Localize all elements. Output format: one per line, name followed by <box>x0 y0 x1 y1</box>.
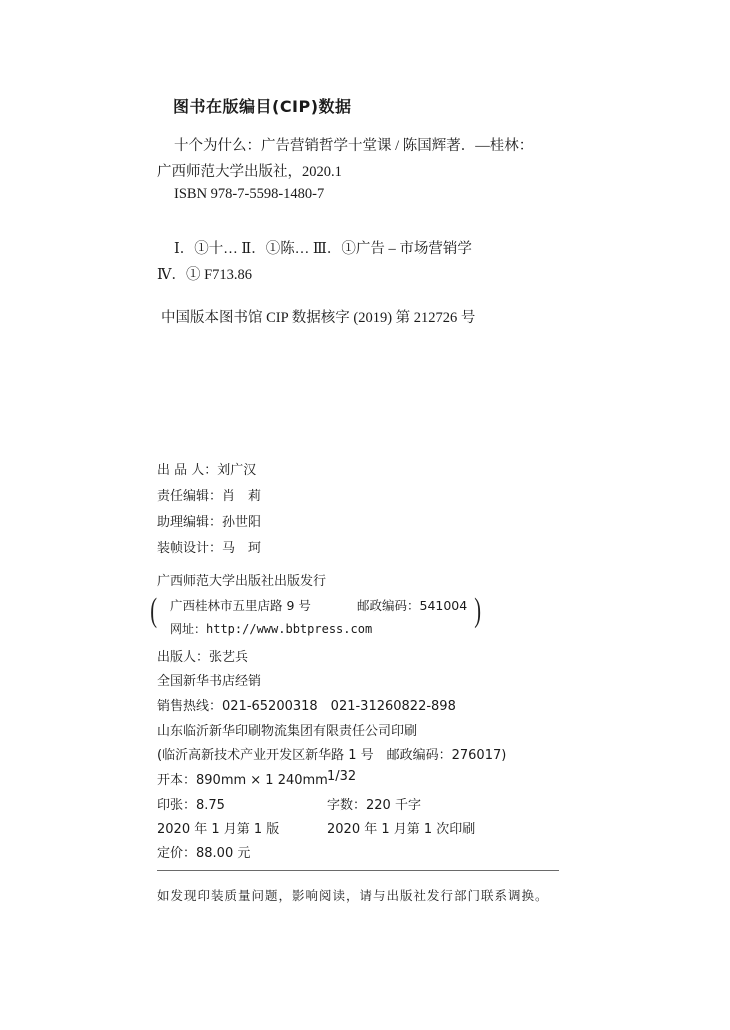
printer-address: (临沂高新技术产业开发区新华路 1 号 邮政编码：276017) <box>157 744 506 763</box>
divider <box>157 870 559 871</box>
isbn: ISBN 978-7-5598-1480-7 <box>174 186 324 203</box>
format-value: 1/32 <box>327 769 356 784</box>
credit-value: 肖 莉 <box>222 489 261 504</box>
edition: 2020 年 1 月第 1 版 <box>157 818 279 837</box>
credit-value: 马 珂 <box>222 541 261 556</box>
left-parenthesis: ( <box>150 594 157 628</box>
credit-label: 出 品 人： <box>157 463 217 478</box>
distribution: 全国新华书店经销 <box>157 670 261 689</box>
credit-assistant-editor: 助理编辑：孙世阳 <box>157 511 261 530</box>
publisher-address: 广西桂林市五里店路 9 号 <box>170 596 311 614</box>
price: 定价：88.00 元 <box>157 842 250 861</box>
publisher-website: 网址：http://www.bbtpress.com <box>170 620 372 637</box>
right-parenthesis: ) <box>474 594 481 628</box>
printing: 2020 年 1 月第 1 次印刷 <box>327 818 475 837</box>
credit-value: 刘广汉 <box>217 463 256 478</box>
format-size: 开本：890mm × 1 240mm <box>157 769 328 788</box>
classification-line-1: Ⅰ．①十… Ⅱ．①陈… Ⅲ．①广告 – 市场营销学 <box>174 237 472 258</box>
cip-record-number: 中国版本图书馆 CIP 数据核字 (2019) 第 212726 号 <box>161 306 475 327</box>
credit-label: 助理编辑： <box>157 515 222 530</box>
cip-bibliographic-line-1: 十个为什么：广告营销哲学十堂课 / 陈国辉著．—桂林： <box>174 134 533 155</box>
credit-value: 孙世阳 <box>222 515 261 530</box>
credit-producer: 出 品 人：刘广汉 <box>157 459 256 478</box>
credit-label: 装帧设计： <box>157 541 222 556</box>
publisher-person: 出版人：张艺兵 <box>157 646 248 665</box>
printer: 山东临沂新华印刷物流集团有限责任公司印刷 <box>157 720 417 739</box>
cip-title: 图书在版编目(CIP)数据 <box>173 94 352 117</box>
sales-hotline: 销售热线：021-65200318 021-31260822-898 <box>157 695 456 714</box>
publisher-name: 广西师范大学出版社出版发行 <box>157 570 326 589</box>
printed-sheets: 印张：8.75 <box>157 794 225 813</box>
credit-responsible-editor: 责任编辑：肖 莉 <box>157 485 261 504</box>
quality-notice: 如发现印装质量问题，影响阅读，请与出版社发行部门联系调换。 <box>157 886 549 904</box>
credit-cover-designer: 装帧设计：马 珂 <box>157 537 261 556</box>
cip-bibliographic-line-2: 广西师范大学出版社，2020.1 <box>157 160 342 181</box>
classification-line-2: Ⅳ．① F713.86 <box>157 263 252 284</box>
publisher-postcode: 邮政编码：541004 <box>357 596 467 614</box>
word-count: 字数：220 千字 <box>327 794 421 813</box>
credit-label: 责任编辑： <box>157 489 222 504</box>
